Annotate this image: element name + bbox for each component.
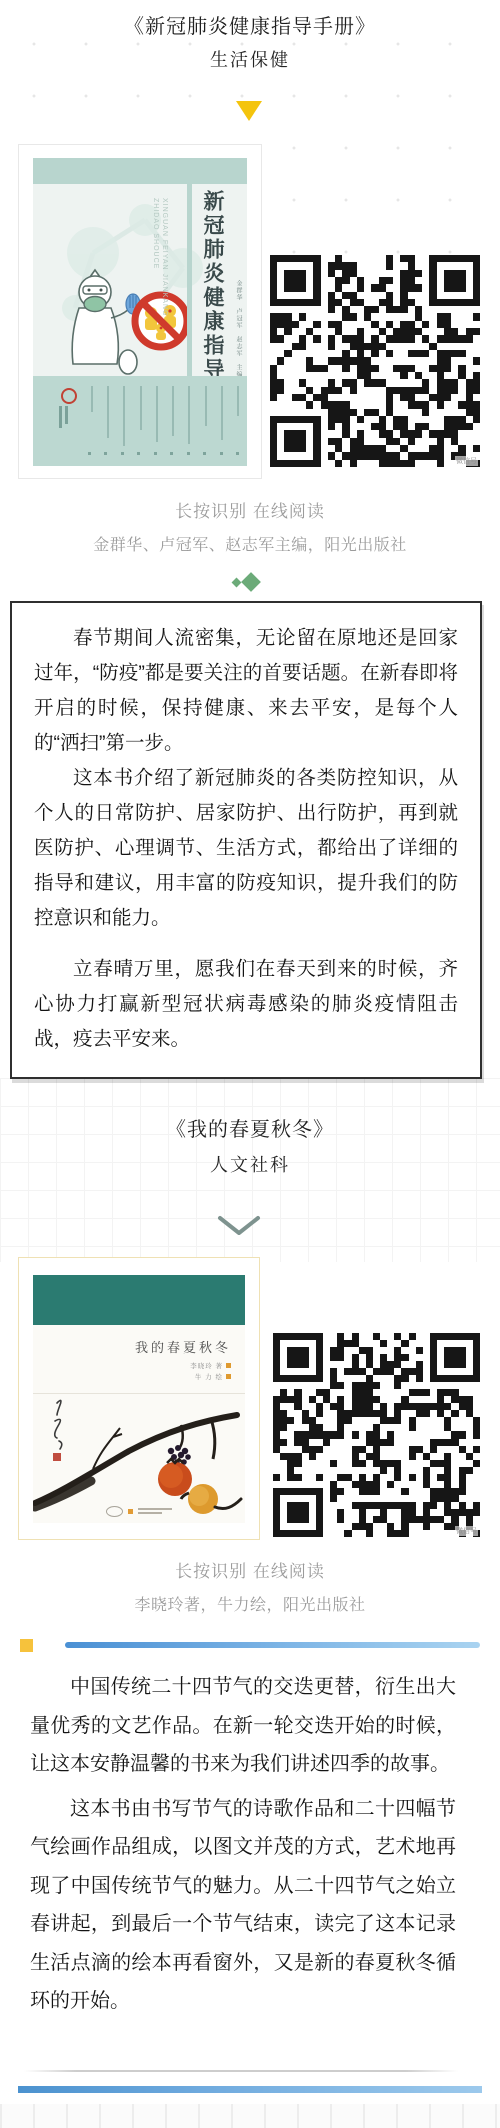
chevron-down-icon — [216, 1213, 262, 1239]
book1-scan-hint: 长按识别 在线阅读 — [0, 497, 500, 522]
cover2-title-text: 我的春夏秋冬 — [135, 1337, 231, 1356]
contents-columns — [91, 386, 239, 446]
qr-code[interactable]: 微信号 — [270, 255, 480, 467]
cover2-ink-painting — [33, 1393, 245, 1523]
qr-watermark: 微信号 — [455, 456, 478, 466]
publisher-logo — [33, 1506, 245, 1517]
article-page: 《新冠肺炎健康指导手册》 生活保健 — [0, 0, 500, 2128]
book1-title: 《新冠肺炎健康指导手册》 — [0, 10, 500, 39]
book1-paragraph-3: 立春晴万里，愿我们在春天到来的时候，齐心协力打赢新型冠状病毒感染的肺炎疫情阻击战… — [34, 952, 458, 1057]
cover2-top-band — [33, 1275, 245, 1325]
book1-cover-image[interactable]: XINGUAN FEIYAN JIANKANG ZHIDAO SHOUCE 新冠… — [33, 158, 247, 466]
orange-square-icon — [128, 1509, 133, 1514]
book1-category: 生活保健 — [0, 46, 500, 72]
book2-description: 中国传统二十四节气的交迭更替，衍生出大量优秀的文艺作品。在新一轮交迭开始的时候，… — [30, 1668, 456, 2021]
orange-dot-icon — [226, 1363, 231, 1368]
blue-gradient-line — [65, 1642, 480, 1648]
book2-cover-frame: 我的春夏秋冬 李晓玲 著 牛 力 绘 — [18, 1257, 260, 1540]
qr-modules — [273, 1333, 480, 1537]
contents-dots — [88, 452, 239, 455]
diamond-divider-icon — [0, 571, 500, 593]
yellow-square-icon — [20, 1639, 33, 1652]
book1-credit: 金群华、卢冠军、赵志军主编，阳光出版社 — [0, 532, 500, 555]
book1-cover-frame: XINGUAN FEIYAN JIANKANG ZHIDAO SHOUCE 新冠… — [18, 144, 262, 479]
book2-category: 人文社科 — [0, 1151, 500, 1177]
down-triangle-icon — [236, 101, 262, 121]
cover1-pinyin-text: XINGUAN FEIYAN JIANKANG ZHIDAO SHOUCE — [151, 198, 169, 318]
divider-hairline — [24, 2070, 458, 2072]
publisher-oval-icon — [106, 1506, 123, 1517]
book1-paragraph-2: 这本书介绍了新冠肺炎的各类防控知识，从个人的日常防护、居家防护、出行防护，再到就… — [34, 761, 458, 936]
qr-watermark: 微信号 — [455, 1526, 478, 1536]
book2-paragraph-1: 中国传统二十四节气的交迭更替，衍生出大量优秀的文艺作品。在新一轮交迭开始的时候，… — [30, 1668, 456, 1784]
cover1-teal-strip — [187, 184, 192, 378]
qr-code[interactable]: 微信号 — [273, 1333, 480, 1537]
orange-dot-icon — [226, 1374, 231, 1379]
cover1-top-band — [33, 158, 247, 184]
cover1-editors-text: 金群华 卢冠军 赵志军 主编 — [234, 280, 243, 380]
book1-description-box: 春节期间人流密集，无论留在原地还是回家过年，“防疫”都是要关注的首要话题。在新春… — [10, 601, 482, 1079]
book2-credit: 李晓玲著，牛力绘，阳光出版社 — [0, 1592, 500, 1615]
book2-title: 《我的春夏秋冬》 — [0, 1113, 500, 1142]
cover2-authors: 李晓玲 著 牛 力 绘 — [190, 1361, 231, 1381]
book1-paragraph-1: 春节期间人流密集，无论留在原地还是回家过年，“防疫”都是要关注的首要话题。在新春… — [34, 621, 458, 761]
qr-modules — [270, 255, 480, 467]
publisher-seal-icon — [61, 388, 77, 404]
stripe-pattern-footer — [0, 2104, 500, 2128]
book2-cover-image[interactable]: 我的春夏秋冬 李晓玲 著 牛 力 绘 — [33, 1275, 245, 1523]
book2-scan-hint: 长按识别 在线阅读 — [0, 1557, 500, 1582]
footer-blue-bar — [18, 2086, 482, 2093]
cover1-contents-panel — [33, 376, 247, 466]
book2-paragraph-2: 这本书由书写节气的诗歌作品和二十四幅节气绘画作品组成，以图文并茂的方式，艺术地再… — [30, 1790, 456, 2021]
